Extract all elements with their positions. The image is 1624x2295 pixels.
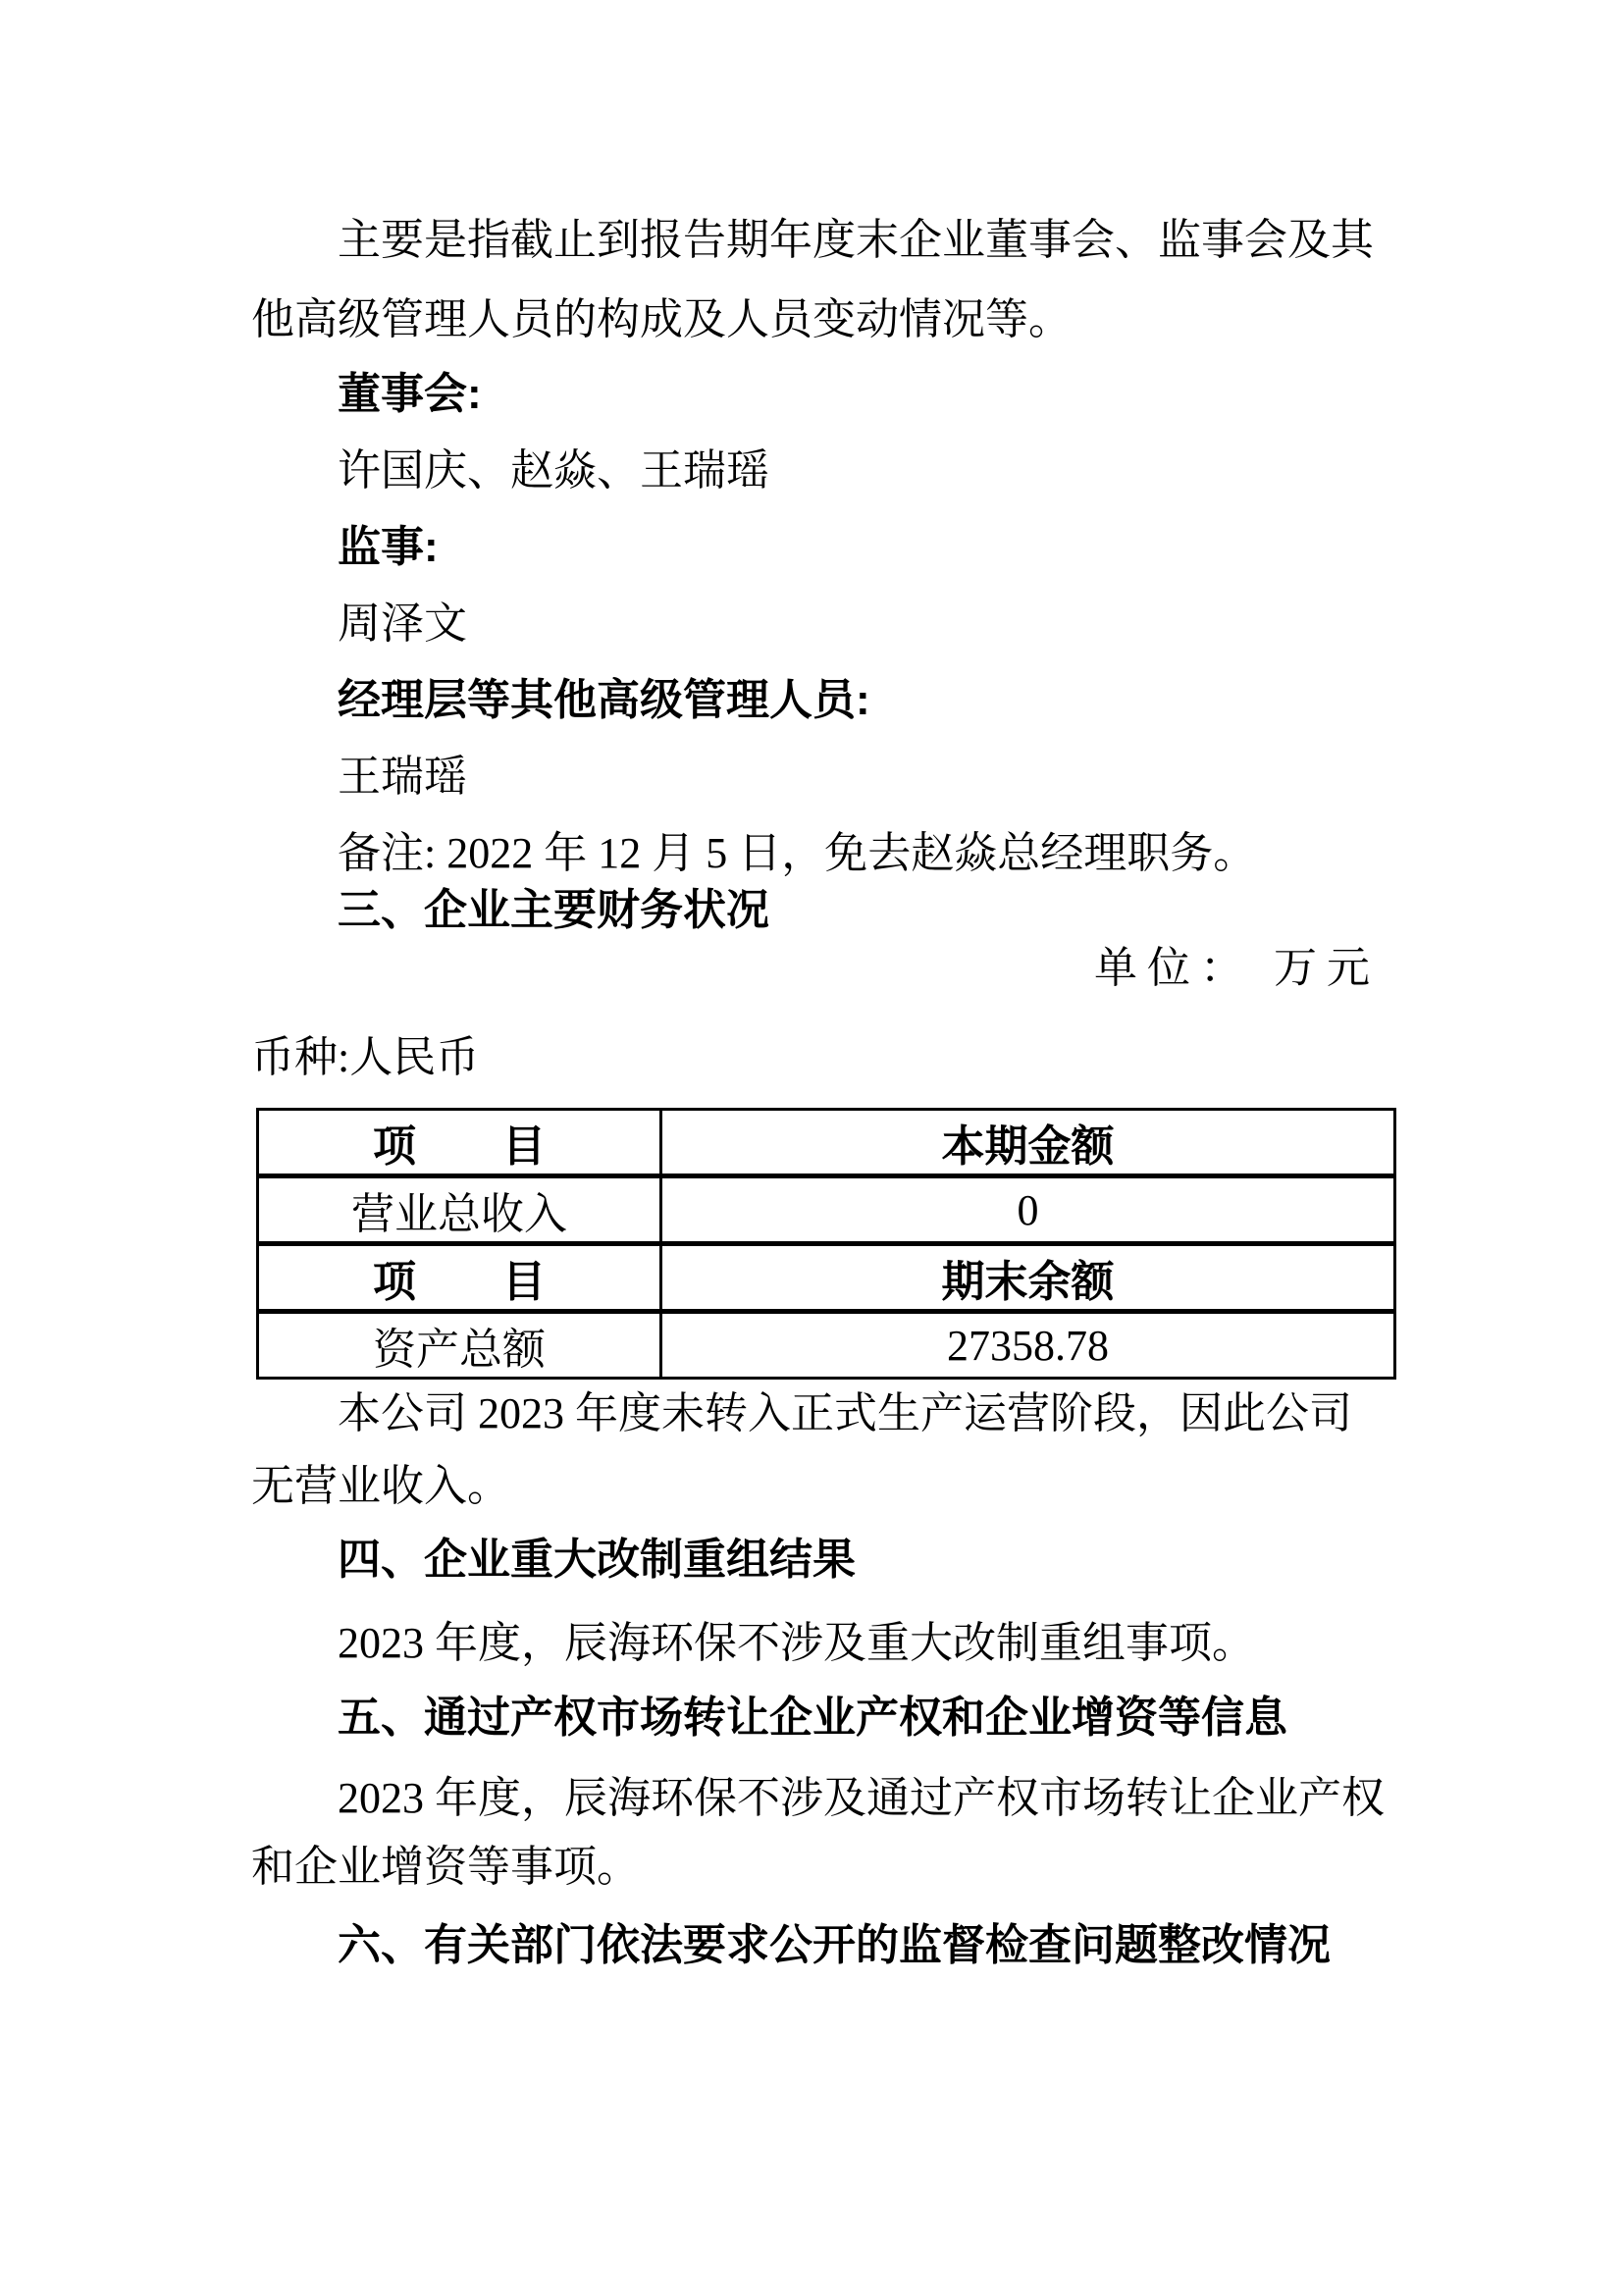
board-heading: 董事会: (251, 356, 1466, 433)
management-heading: 经理层等其他高级管理人员: (251, 662, 1466, 739)
revenue-label-cell: 营业总收入 (258, 1176, 661, 1244)
unit-note: 单位： 万元 (251, 930, 1380, 1007)
revenue-value-cell: 0 (661, 1176, 1395, 1244)
ending-balance-header-cell: 期末余额 (661, 1244, 1395, 1312)
section5-line-1: 2023 年度，辰海环保不涉及通过产权市场转让企业产权 (251, 1760, 1466, 1837)
table-row: 项 目 本期金额 (258, 1110, 1395, 1176)
supervisor-name: 周泽文 (251, 586, 1466, 662)
board-members: 许国庆、赵焱、王瑞瑶 (251, 433, 1466, 509)
section4-text: 2023 年度，辰海环保不涉及重大改制重组事项。 (251, 1605, 1466, 1682)
section4-heading: 四、企业重大改制重组结果 (251, 1522, 1466, 1598)
total-assets-label-cell: 资产总额 (258, 1312, 661, 1379)
table-row: 项 目 期末余额 (258, 1244, 1395, 1312)
table-row: 资产总额 27358.78 (258, 1312, 1395, 1379)
intro-line-1: 主要是指截止到报告期年度末企业董事会、监事会及其 (251, 202, 1466, 279)
total-assets-value-cell: 27358.78 (661, 1312, 1395, 1379)
currency-note: 币种:人民币 (251, 1019, 1380, 1096)
after-table-line-1: 本公司 2023 年度未转入正式生产运营阶段，因此公司 (251, 1376, 1466, 1452)
section5-line-2: 和企业增资等事项。 (251, 1829, 1380, 1905)
finance-table: 项 目 本期金额 营业总收入 0 项 目 期末余额 资产总额 27358.78 (256, 1108, 1396, 1380)
section5-heading: 五、通过产权市场转让企业产权和企业增资等信息 (251, 1680, 1466, 1756)
supervisor-heading: 监事: (251, 509, 1466, 586)
table-row: 营业总收入 0 (258, 1176, 1395, 1244)
management-name: 王瑞瑶 (251, 739, 1466, 815)
current-amount-header-cell: 本期金额 (661, 1110, 1395, 1176)
item-header-cell: 项 目 (258, 1110, 661, 1176)
report-page: 主要是指截止到报告期年度末企业董事会、监事会及其 他高级管理人员的构成及人员变动… (0, 0, 1624, 2295)
item-header-cell: 项 目 (258, 1244, 661, 1312)
intro-line-2: 他高级管理人员的构成及人员变动情况等。 (251, 282, 1380, 358)
after-table-line-2: 无营业收入。 (251, 1448, 1380, 1525)
section6-heading: 六、有关部门依法要求公开的监督检查问题整改情况 (251, 1907, 1466, 1984)
